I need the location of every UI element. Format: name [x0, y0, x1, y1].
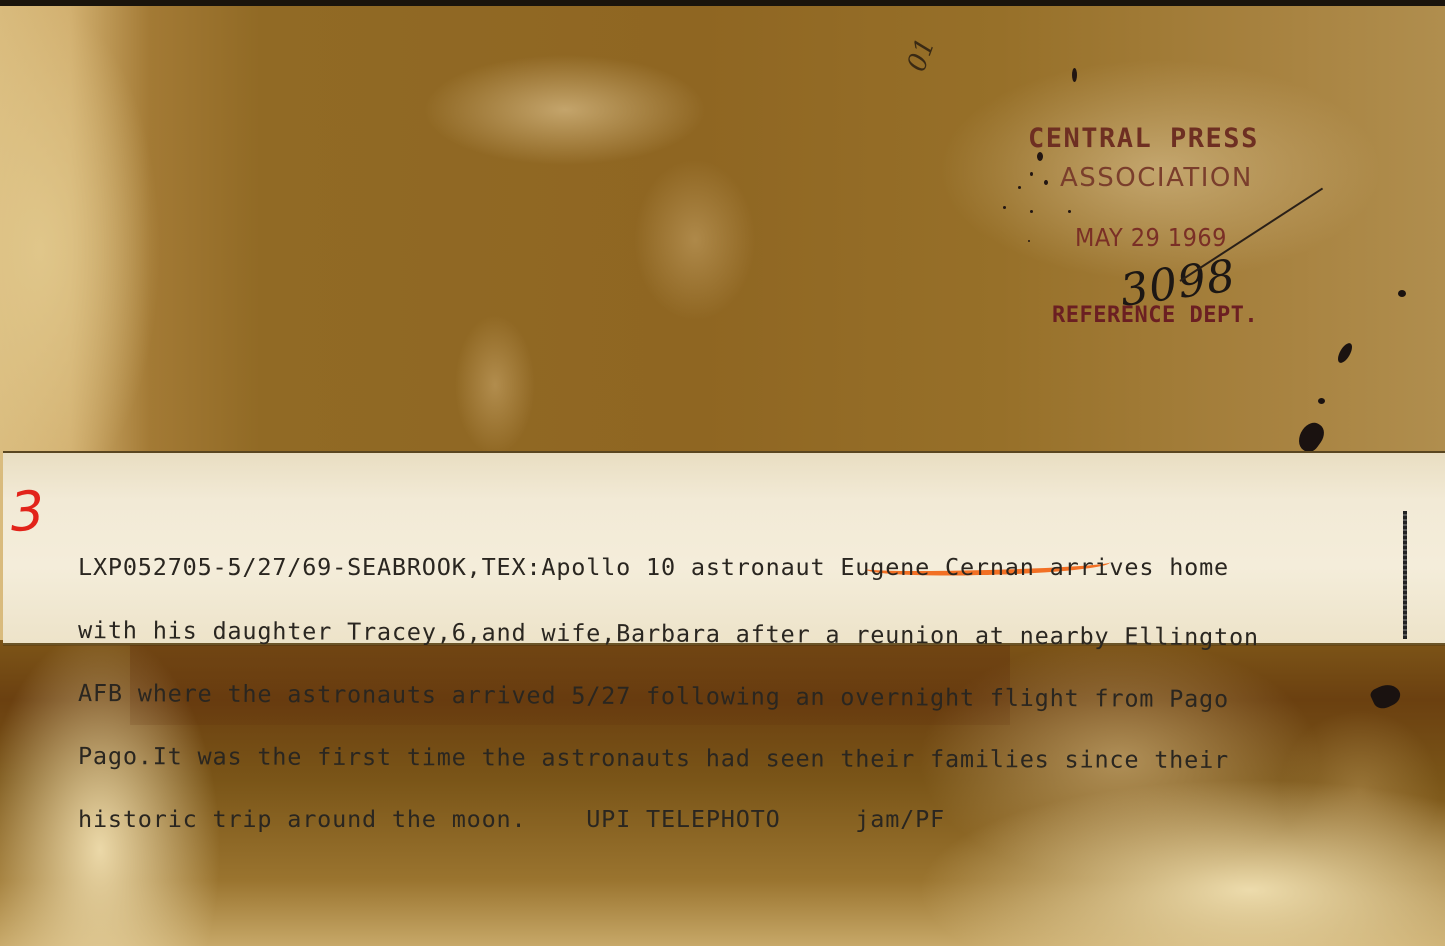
stamp-line-1: CENTRAL PRESS [1028, 123, 1259, 154]
ink-blot [1318, 398, 1325, 404]
caption-text: LXP052705-5/27/69-SEABROOK,TEX:Apollo 10… [78, 515, 1418, 851]
ink-blot [1398, 290, 1406, 297]
top-edge-border [0, 0, 1445, 6]
caption-number: 3 [8, 479, 47, 544]
caption-line: historic trip around the moon. UPI TELEP… [78, 809, 1418, 830]
caption-line: LXP052705-5/27/69-SEABROOK,TEX:Apollo 10… [78, 557, 1418, 578]
stamp-date: MAY 29 1969 [1075, 223, 1227, 252]
caption-line: Pago.It was the first time the astronaut… [78, 746, 1418, 772]
caption-line: with his daughter Tracey,6,and wife,Barb… [78, 620, 1418, 649]
caption-line: AFB where the astronauts arrived 5/27 fo… [78, 683, 1418, 711]
stamp-line-2: ASSOCIATION [1060, 163, 1253, 193]
